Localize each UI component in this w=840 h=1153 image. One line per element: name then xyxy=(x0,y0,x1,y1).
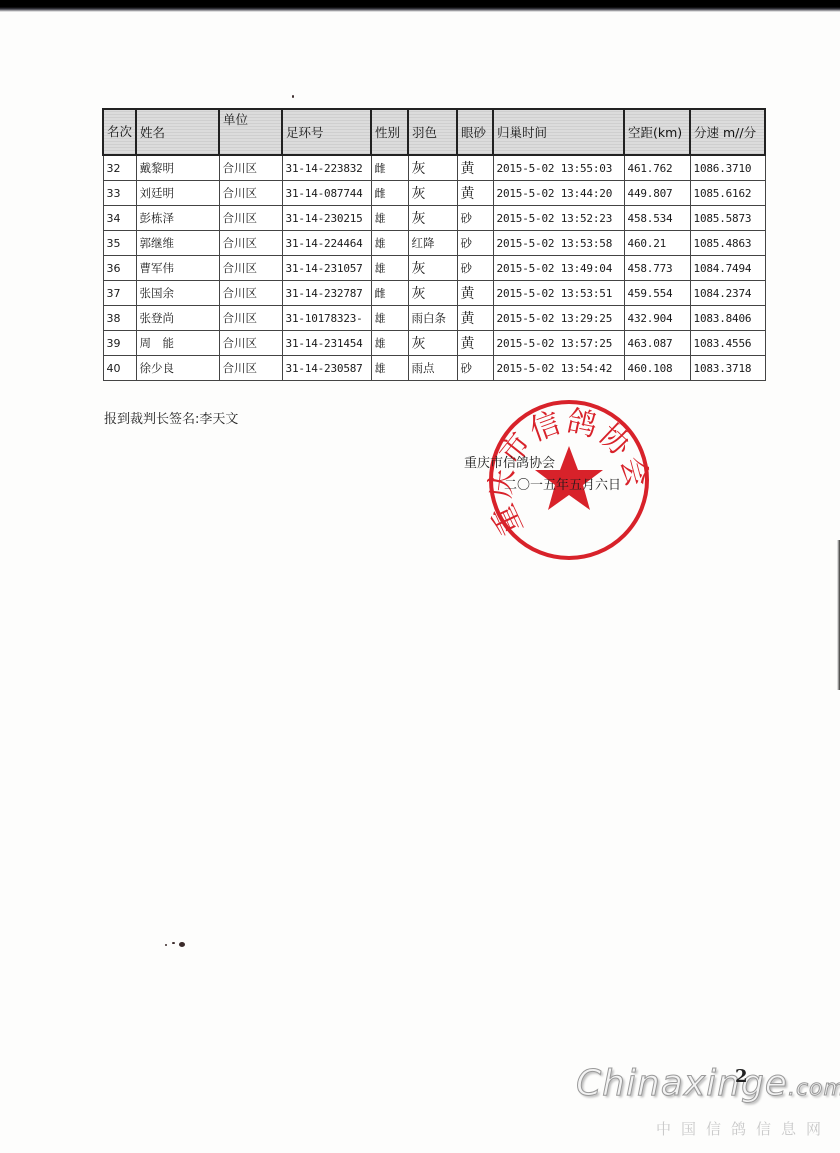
referee-signature: 报到裁判长签名:李天文 xyxy=(104,408,238,427)
cell-sex: 雄 xyxy=(371,206,408,231)
cell-rank: 38 xyxy=(103,306,136,331)
cell-ring: 31-14-231454 xyxy=(282,331,371,356)
table-row: 33刘廷明合川区31-14-087744雌灰黄2015-5-02 13:44:2… xyxy=(103,181,765,206)
cell-color: 灰 xyxy=(408,281,457,306)
cell-unit: 合川区 xyxy=(219,356,282,381)
header-sex: 性别 xyxy=(371,109,408,155)
cell-color: 灰 xyxy=(408,331,457,356)
page-number: 2 xyxy=(735,1066,748,1087)
table-row: 39周 能合川区31-14-231454雄灰黄2015-5-02 13:57:2… xyxy=(103,331,765,356)
watermark-subtitle: 中国信鸽信息网 xyxy=(656,1118,831,1139)
cell-eye: 黄 xyxy=(457,281,493,306)
cell-speed: 1084.7494 xyxy=(690,256,765,281)
header-time: 归巢时间 xyxy=(493,109,624,155)
cell-ring: 31-14-087744 xyxy=(282,181,371,206)
cell-time: 2015-5-02 13:53:51 xyxy=(493,281,624,306)
cell-color: 红降 xyxy=(408,231,457,256)
cell-rank: 37 xyxy=(103,281,136,306)
table-row: 32戴黎明合川区31-14-223832雌灰黄2015-5-02 13:55:0… xyxy=(103,155,765,181)
cell-time: 2015-5-02 13:29:25 xyxy=(493,306,624,331)
cell-ring: 31-14-223832 xyxy=(282,155,371,181)
header-distance: 空距(km) xyxy=(624,109,690,155)
cell-distance: 460.21 xyxy=(624,231,690,256)
cell-speed: 1083.4556 xyxy=(690,331,765,356)
cell-ring: 31-10178323- xyxy=(282,306,371,331)
cell-unit: 合川区 xyxy=(219,231,282,256)
cell-unit: 合川区 xyxy=(219,256,282,281)
cell-time: 2015-5-02 13:55:03 xyxy=(493,155,624,181)
cell-name: 刘廷明 xyxy=(136,181,219,206)
issue-date: 二〇一五年五月六日 xyxy=(504,474,621,493)
table-row: 35郭继维合川区31-14-224464雄红降砂2015-5-02 13:53:… xyxy=(103,231,765,256)
cell-eye: 黄 xyxy=(457,306,493,331)
cell-name: 徐少良 xyxy=(136,356,219,381)
cell-rank: 35 xyxy=(103,231,136,256)
cell-unit: 合川区 xyxy=(219,155,282,181)
cell-eye: 砂 xyxy=(457,256,493,281)
cell-sex: 雄 xyxy=(371,331,408,356)
watermark-logo: Chinaxinge.com xyxy=(576,1063,840,1104)
table-header-row: 名次 姓名 单位 足环号 性别 羽色 眼砂 归巢时间 空距(km) 分速 m//… xyxy=(103,109,765,155)
scan-speck xyxy=(165,944,167,946)
cell-name: 曹军伟 xyxy=(136,256,219,281)
table-row: 36曹军伟合川区31-14-231057雄灰砂2015-5-02 13:49:0… xyxy=(103,256,765,281)
cell-name: 张国余 xyxy=(136,281,219,306)
cell-ring: 31-14-230215 xyxy=(282,206,371,231)
cell-color: 灰 xyxy=(408,181,457,206)
cell-speed: 1083.8406 xyxy=(690,306,765,331)
header-rank: 名次 xyxy=(103,109,136,155)
cell-name: 郭继维 xyxy=(136,231,219,256)
cell-rank: 32 xyxy=(103,155,136,181)
cell-name: 周 能 xyxy=(136,331,219,356)
cell-eye: 黄 xyxy=(457,155,493,181)
cell-rank: 40 xyxy=(103,356,136,381)
cell-name: 戴黎明 xyxy=(136,155,219,181)
cell-ring: 31-14-232787 xyxy=(282,281,371,306)
cell-speed: 1085.4863 xyxy=(690,231,765,256)
cell-color: 灰 xyxy=(408,206,457,231)
cell-unit: 合川区 xyxy=(219,331,282,356)
cell-distance: 458.773 xyxy=(624,256,690,281)
cell-distance: 458.534 xyxy=(624,206,690,231)
table-row: 40徐少良合川区31-14-230587雄雨点砂2015-5-02 13:54:… xyxy=(103,356,765,381)
cell-name: 张登尚 xyxy=(136,306,219,331)
cell-eye: 砂 xyxy=(457,206,493,231)
cell-unit: 合川区 xyxy=(219,206,282,231)
cell-distance: 432.904 xyxy=(624,306,690,331)
watermark-text: Chinaxinge xyxy=(576,1063,788,1104)
cell-speed: 1084.2374 xyxy=(690,281,765,306)
cell-sex: 雌 xyxy=(371,281,408,306)
cell-speed: 1086.3710 xyxy=(690,155,765,181)
cell-rank: 36 xyxy=(103,256,136,281)
cell-unit: 合川区 xyxy=(219,181,282,206)
cell-eye: 砂 xyxy=(457,231,493,256)
cell-sex: 雌 xyxy=(371,155,408,181)
cell-time: 2015-5-02 13:53:58 xyxy=(493,231,624,256)
cell-sex: 雄 xyxy=(371,256,408,281)
cell-distance: 461.762 xyxy=(624,155,690,181)
header-speed: 分速 m//分 xyxy=(690,109,765,155)
table-row: 34彭栋泽合川区31-14-230215雄灰砂2015-5-02 13:52:2… xyxy=(103,206,765,231)
cell-ring: 31-14-231057 xyxy=(282,256,371,281)
cell-distance: 459.554 xyxy=(624,281,690,306)
cell-eye: 黄 xyxy=(457,181,493,206)
scan-top-edge xyxy=(0,0,840,12)
table-row: 37张国余合川区31-14-232787雌灰黄2015-5-02 13:53:5… xyxy=(103,281,765,306)
scan-speck xyxy=(179,942,185,947)
scan-speck xyxy=(172,942,175,944)
scan-speck xyxy=(292,95,294,98)
cell-sex: 雄 xyxy=(371,356,408,381)
cell-sex: 雌 xyxy=(371,181,408,206)
cell-ring: 31-14-230587 xyxy=(282,356,371,381)
header-unit: 单位 xyxy=(219,109,282,155)
cell-eye: 砂 xyxy=(457,356,493,381)
cell-sex: 雄 xyxy=(371,306,408,331)
cell-color: 灰 xyxy=(408,256,457,281)
issuing-organization: 重庆市信鸽协会 xyxy=(464,452,555,471)
cell-time: 2015-5-02 13:57:25 xyxy=(493,331,624,356)
cell-time: 2015-5-02 13:44:20 xyxy=(493,181,624,206)
cell-time: 2015-5-02 13:54:42 xyxy=(493,356,624,381)
cell-rank: 39 xyxy=(103,331,136,356)
header-eye: 眼砂 xyxy=(457,109,493,155)
cell-color: 雨点 xyxy=(408,356,457,381)
cell-color: 雨白条 xyxy=(408,306,457,331)
table-row: 38张登尚合川区31-10178323-雄雨白条黄2015-5-02 13:29… xyxy=(103,306,765,331)
header-color: 羽色 xyxy=(408,109,457,155)
race-results-table: 名次 姓名 单位 足环号 性别 羽色 眼砂 归巢时间 空距(km) 分速 m//… xyxy=(102,108,766,381)
cell-rank: 33 xyxy=(103,181,136,206)
cell-speed: 1085.6162 xyxy=(690,181,765,206)
cell-time: 2015-5-02 13:52:23 xyxy=(493,206,624,231)
cell-rank: 34 xyxy=(103,206,136,231)
cell-ring: 31-14-224464 xyxy=(282,231,371,256)
cell-speed: 1085.5873 xyxy=(690,206,765,231)
cell-eye: 黄 xyxy=(457,331,493,356)
cell-color: 灰 xyxy=(408,155,457,181)
header-name: 姓名 xyxy=(136,109,219,155)
cell-distance: 449.807 xyxy=(624,181,690,206)
cell-unit: 合川区 xyxy=(219,281,282,306)
cell-distance: 460.108 xyxy=(624,356,690,381)
cell-time: 2015-5-02 13:49:04 xyxy=(493,256,624,281)
cell-sex: 雄 xyxy=(371,231,408,256)
table-body: 32戴黎明合川区31-14-223832雌灰黄2015-5-02 13:55:0… xyxy=(103,155,765,381)
cell-unit: 合川区 xyxy=(219,306,282,331)
watermark-suffix: .com xyxy=(788,1076,840,1101)
cell-name: 彭栋泽 xyxy=(136,206,219,231)
cell-distance: 463.087 xyxy=(624,331,690,356)
cell-speed: 1083.3718 xyxy=(690,356,765,381)
header-ring: 足环号 xyxy=(282,109,371,155)
